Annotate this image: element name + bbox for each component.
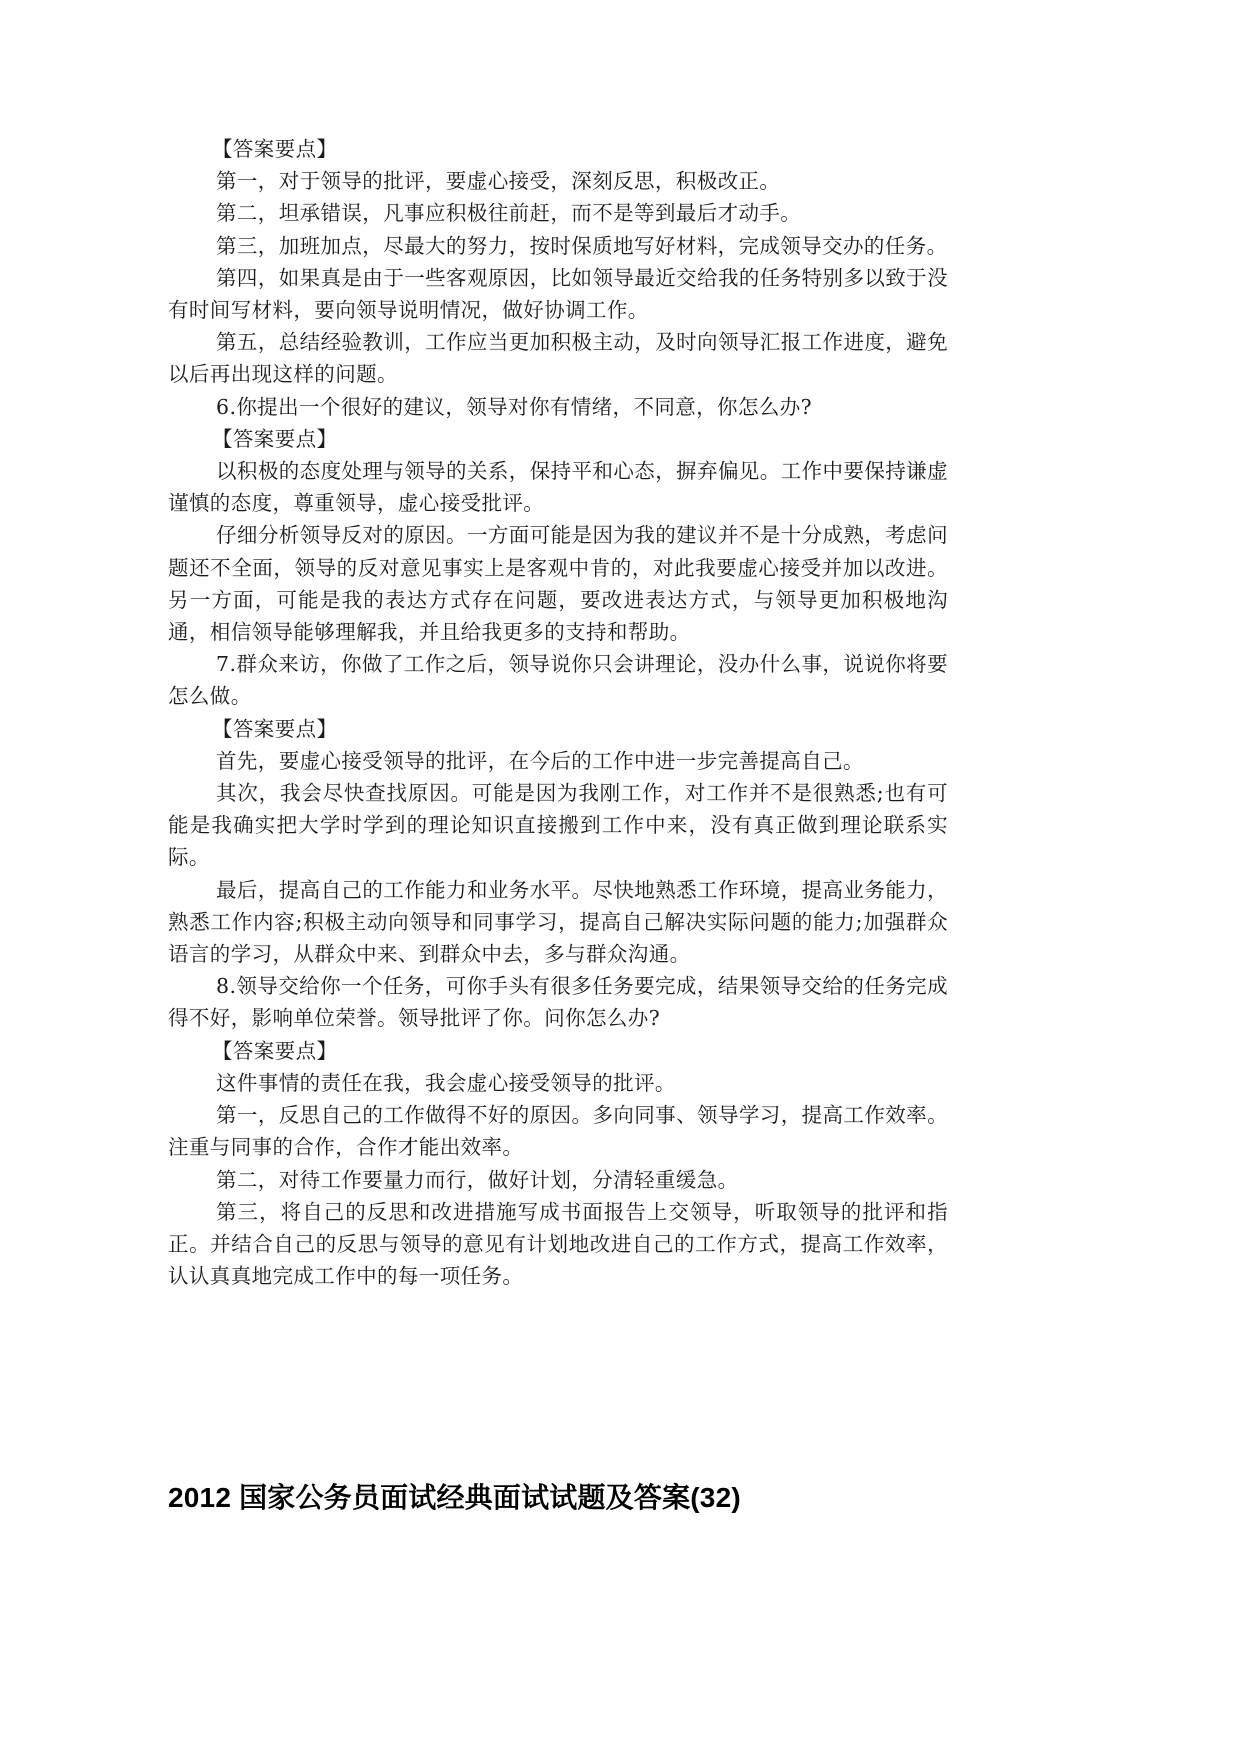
answer-points-marker: 【答案要点】 bbox=[168, 1035, 948, 1067]
answer-paragraph: 第五，总结经验教训，工作应当更加积极主动，及时向领导汇报工作进度，避免以后再出现… bbox=[168, 326, 948, 390]
section-heading: 2012 国家公务员面试经典面试试题及答案(32) bbox=[168, 1478, 741, 1518]
answer-points-marker: 【答案要点】 bbox=[168, 423, 948, 455]
answer-points-marker: 【答案要点】 bbox=[168, 713, 948, 745]
answer-paragraph: 第二，坦承错误，凡事应积极往前赶，而不是等到最后才动手。 bbox=[168, 197, 948, 229]
answer-paragraph: 第一，反思自己的工作做得不好的原因。多向同事、领导学习，提高工作效率。注重与同事… bbox=[168, 1099, 948, 1163]
answer-paragraph: 第三，将自己的反思和改进措施写成书面报告上交领导，听取领导的批评和指正。并结合自… bbox=[168, 1196, 948, 1293]
answer-paragraph: 第三，加班加点，尽最大的努力，按时保质地写好材料，完成领导交办的任务。 bbox=[168, 230, 948, 262]
answer-paragraph: 仔细分析领导反对的原因。一方面可能是因为我的建议并不是十分成熟，考虑问题还不全面… bbox=[168, 519, 948, 648]
answer-paragraph: 最后，提高自己的工作能力和业务水平。尽快地熟悉工作环境，提高业务能力，熟悉工作内… bbox=[168, 874, 948, 971]
answer-paragraph: 这件事情的责任在我，我会虚心接受领导的批评。 bbox=[168, 1067, 948, 1099]
answer-points-marker: 【答案要点】 bbox=[168, 133, 948, 165]
answer-paragraph: 第一，对于领导的批评，要虚心接受，深刻反思，积极改正。 bbox=[168, 165, 948, 197]
question-7: 7.群众来访，你做了工作之后，领导说你只会讲理论，没办什么事，说说你将要怎么做。 bbox=[168, 648, 948, 712]
answer-paragraph: 以积极的态度处理与领导的关系，保持平和心态，摒弃偏见。工作中要保持谦虚谨慎的态度… bbox=[168, 455, 948, 519]
answer-paragraph: 首先，要虚心接受领导的批评，在今后的工作中进一步完善提高自己。 bbox=[168, 745, 948, 777]
document-body: 【答案要点】 第一，对于领导的批评，要虚心接受，深刻反思，积极改正。 第二，坦承… bbox=[168, 133, 948, 1292]
question-8: 8.领导交给你一个任务，可你手头有很多任务要完成，结果领导交给的任务完成得不好，… bbox=[168, 970, 948, 1034]
answer-paragraph: 其次，我会尽快查找原因。可能是因为我刚工作，对工作并不是很熟悉;也有可能是我确实… bbox=[168, 777, 948, 874]
answer-paragraph: 第二，对待工作要量力而行，做好计划，分清轻重缓急。 bbox=[168, 1164, 948, 1196]
answer-paragraph: 第四，如果真是由于一些客观原因，比如领导最近交给我的任务特别多以致于没有时间写材… bbox=[168, 262, 948, 326]
question-6: 6.你提出一个很好的建议，领导对你有情绪，不同意，你怎么办? bbox=[168, 391, 948, 423]
